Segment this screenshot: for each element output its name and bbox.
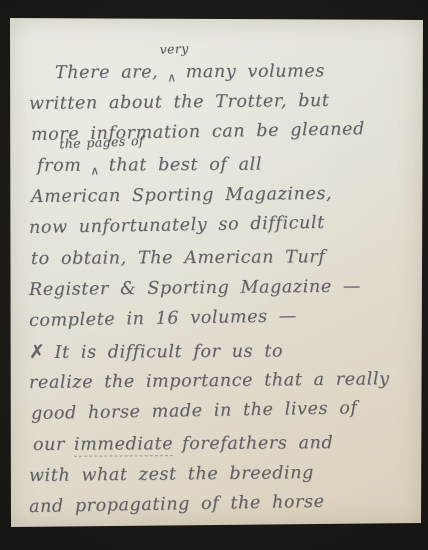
handwritten-text: many volumes: [186, 61, 325, 82]
caret-mark: ∧: [167, 70, 176, 84]
handwritten-text: and propagating of the horse: [29, 492, 325, 517]
handwritten-text: forefathers and: [182, 433, 333, 454]
handwritten-text: There are,: [55, 62, 158, 83]
letter-photograph: There are,∧verymany volumeswritten about…: [0, 0, 428, 550]
handwritten-text: realize the importance that a really: [29, 369, 390, 393]
handwritten-text: from: [37, 156, 81, 176]
handwritten-text: to obtain, The American Turf: [31, 247, 326, 269]
handwritten-text: written about the Trotter, but: [29, 91, 330, 114]
caret-mark: ∧: [90, 164, 99, 178]
letter-line: from∧the pages ofthat best of all: [37, 149, 412, 182]
handwritten-text: complete in 16 volumes —: [29, 306, 297, 331]
handwritten-text: Register & Sporting Magazine —: [29, 277, 361, 300]
letter-paper: There are,∧verymany volumeswritten about…: [9, 17, 424, 528]
handwritten-text: that best of all: [109, 155, 262, 176]
handwritten-text: It is difficult for us to: [54, 341, 283, 362]
handwritten-text: our: [33, 435, 65, 455]
letter-line: good horse made in the lives of: [31, 392, 412, 430]
handwritten-text: now unfortunately so difficult: [29, 213, 325, 238]
letter-line: ✗It is difficult for us to: [29, 335, 412, 368]
paragraph-mark: ✗: [29, 341, 46, 363]
letter-line: There are,∧verymany volumes: [55, 56, 412, 89]
letter-line: now unfortunately so difficult: [29, 206, 412, 244]
handwritten-text: American Sporting Magazines,: [31, 184, 332, 207]
letter-line: to obtain, The American Turf: [31, 242, 412, 275]
letter-body: There are,∧verymany volumeswritten about…: [9, 17, 424, 523]
inserted-word: very: [159, 43, 189, 56]
inserted-word: the pages of: [59, 135, 144, 150]
handwritten-text: good horse made in the lives of: [31, 398, 358, 424]
letter-line: complete in 16 volumes —: [29, 299, 412, 337]
handwritten-text: with what zest the breeding: [29, 463, 314, 486]
letter-line: ourimmediateforefathers and: [33, 428, 412, 461]
letter-line: and propagating of the horse: [29, 485, 412, 523]
handwritten-text: immediate: [74, 434, 173, 457]
